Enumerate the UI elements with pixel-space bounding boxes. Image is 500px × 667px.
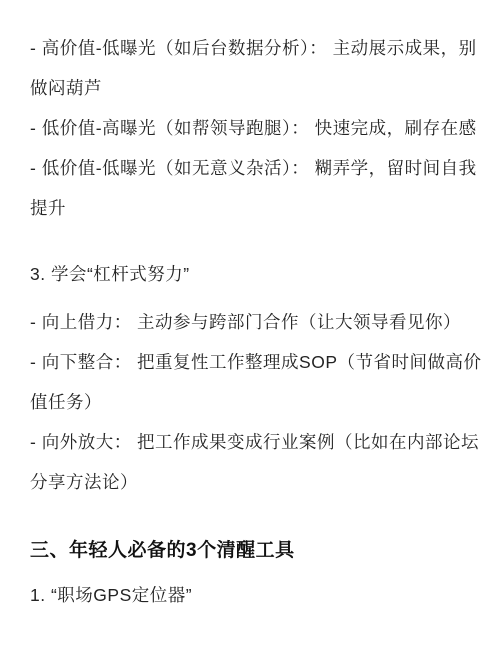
bullet-low-value-high-exposure: - 低价值-高曝光（如帮领导跑腿）： 快速完成，刷存在感: [30, 108, 472, 148]
bullet-high-value-low-exposure-line1: - 高价值-低曝光（如后台数据分析）： 主动展示成果，别: [30, 28, 472, 68]
bullet-leverage-outward-line1: - 向外放大： 把工作成果变成行业案例（比如在内部论坛: [30, 422, 472, 462]
bullet-high-value-low-exposure-line2: 做闷葫芦: [30, 68, 472, 108]
subsection-title-gps-locator: 1. “职场GPS定位器”: [30, 575, 472, 615]
subsection-title-leverage-effort: 3. 学会“杠杆式努力”: [30, 254, 472, 294]
bullet-leverage-downward-line2: 值任务）: [30, 382, 472, 422]
bullet-low-value-low-exposure-line2: 提升: [30, 188, 472, 228]
document-page: - 高价值-低曝光（如后台数据分析）： 主动展示成果，别 做闷葫芦 - 低价值-…: [0, 0, 500, 667]
section-heading-three-tools: 三、年轻人必备的3个清醒工具: [30, 531, 472, 571]
bullet-leverage-downward-line1: - 向下整合： 把重复性工作整理成SOP（节省时间做高价: [30, 342, 472, 382]
bullet-low-value-low-exposure-line1: - 低价值-低曝光（如无意义杂活）： 糊弄学，留时间自我: [30, 148, 472, 188]
bullet-leverage-upward: - 向上借力： 主动参与跨部门合作（让大领导看见你）: [30, 302, 472, 342]
bullet-leverage-outward-line2: 分享方法论）: [30, 462, 472, 502]
